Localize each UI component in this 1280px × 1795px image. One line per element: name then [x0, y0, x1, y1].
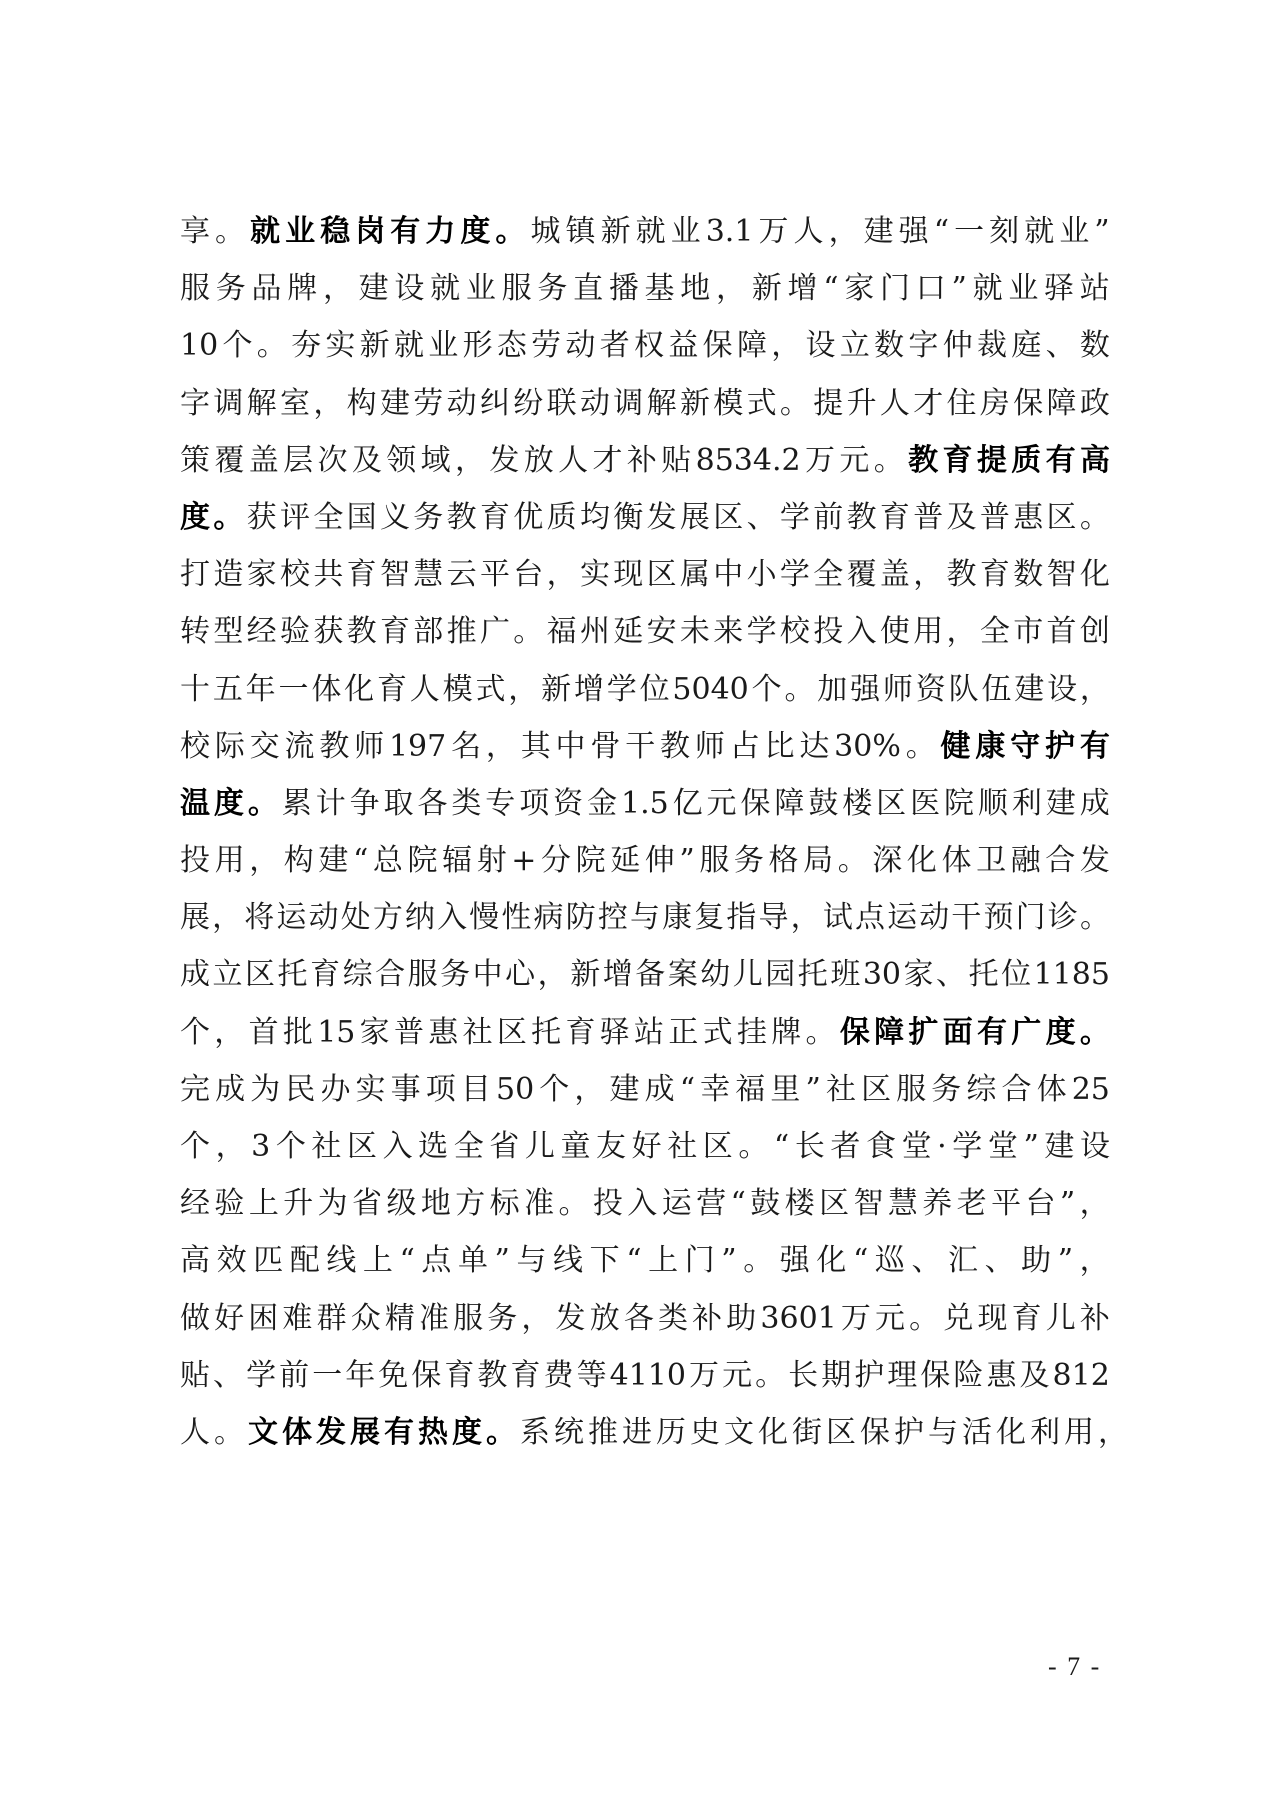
text-char: 级 [386, 1175, 416, 1232]
text-char: 其 [521, 718, 551, 775]
text-line: 做好困难群众精准服务，发放各类补助3601万元。兑现育儿补 [180, 1290, 1110, 1347]
text-char: 各 [417, 775, 447, 832]
text-char: 策 [180, 432, 210, 489]
text-char: 用 [1064, 1404, 1094, 1461]
text-char: 延 [610, 832, 640, 889]
text-char: 。 [214, 1404, 244, 1461]
text-char: 州 [580, 603, 610, 660]
text-char: 案 [668, 946, 698, 1003]
text-char: 服 [180, 260, 210, 317]
text-char: 校 [180, 718, 210, 775]
text-char: 育 [377, 661, 407, 718]
text-char: 补 [1080, 1290, 1110, 1347]
text-char: 化 [907, 832, 937, 889]
text-char: ， [323, 260, 353, 317]
text-char: 安 [647, 603, 677, 660]
text-char: 楼 [785, 1175, 815, 1232]
text-char: 惠 [1013, 489, 1043, 546]
text-char: 建 [1044, 1118, 1074, 1175]
text-char: 务 [931, 1061, 961, 1118]
text-char: 立 [213, 946, 243, 1003]
text-char: 投 [813, 603, 843, 660]
text-char: 业 [466, 260, 496, 317]
text-char: 保 [920, 1347, 950, 1404]
text-char: 展 [180, 889, 210, 946]
text-char: 地 [421, 1175, 451, 1232]
text-char: 个 [180, 1118, 210, 1175]
section-heading-char: 高 [1080, 432, 1110, 489]
text-char: “ [934, 203, 949, 260]
text-char: 成 [215, 1061, 245, 1118]
text-char: 家 [844, 260, 874, 317]
text-char: 域 [421, 432, 451, 489]
text-char: 慧 [413, 546, 443, 603]
text-char: 总 [373, 832, 403, 889]
text-char: 师 [695, 718, 725, 775]
text-char: 造 [213, 546, 243, 603]
text-char: 省 [352, 1175, 382, 1232]
text-char: 新 [541, 661, 571, 718]
text-char: 街 [792, 1404, 822, 1461]
text-char: 辐 [442, 832, 472, 889]
text-char: 慧 [888, 1175, 918, 1232]
text-char: 众 [351, 1290, 381, 1347]
text-char: 长 [795, 1118, 825, 1175]
text-char: 区 [876, 775, 906, 832]
text-char: 民 [285, 1061, 315, 1118]
text-char: 康 [662, 889, 692, 946]
text-char: 立 [840, 317, 870, 374]
text-char: ” [1058, 1232, 1073, 1289]
text-char: 享 [180, 203, 210, 260]
text-char: 深 [872, 832, 902, 889]
text-char: 发 [647, 489, 677, 546]
text-char: 方 [455, 1175, 485, 1232]
text-char: 业 [1059, 203, 1089, 260]
text-char: 各 [624, 1290, 654, 1347]
text-char: 保 [411, 1347, 441, 1404]
text-char: 建 [864, 203, 894, 260]
text-char: 站 [1080, 260, 1110, 317]
text-char: ， [574, 1061, 604, 1118]
text-char: 强 [850, 661, 880, 718]
text-line: 服务品牌，建设就业服务直播基地，新增“家门口”就业驿站 [180, 260, 1110, 317]
text-char: 10 [180, 317, 218, 374]
text-char: 服 [502, 260, 532, 317]
text-char: ， [508, 661, 538, 718]
text-char: 及 [1019, 1347, 1049, 1404]
text-char: 建 [359, 260, 389, 317]
text-char: ， [1080, 1175, 1110, 1232]
text-char: ， [829, 203, 859, 260]
text-char: 资 [553, 775, 583, 832]
text-line: 个，3个社区入选全省儿童友好社区。“长者食堂·学堂”建设 [180, 1118, 1110, 1175]
text-char: 运 [662, 1175, 692, 1232]
section-heading-char: 就 [250, 203, 280, 260]
text-char: 儿 [733, 946, 763, 1003]
section-heading-char: 面 [943, 1004, 973, 1061]
text-char: 中 [473, 946, 503, 1003]
text-char: 数 [1013, 546, 1043, 603]
text-char: 城 [530, 203, 560, 260]
text-char: 防 [566, 889, 596, 946]
text-char: 创 [1080, 603, 1110, 660]
section-heading-char: 。 [213, 489, 243, 546]
text-char: 护 [894, 1404, 924, 1461]
text-char: 高 [180, 1232, 210, 1289]
text-char: 补 [692, 1290, 722, 1347]
text-char: 及 [352, 432, 382, 489]
text-char: 服 [453, 1290, 483, 1347]
text-char: 险 [953, 1347, 983, 1404]
text-char: 普 [980, 489, 1010, 546]
text-char: 经 [247, 603, 277, 660]
text-char: 五 [213, 661, 243, 718]
text-line: 展，将运动处方纳入慢性病防控与康复指导，试点运动干预门诊。 [180, 889, 1110, 946]
text-char: 教 [477, 1347, 507, 1404]
text-char: 争 [350, 775, 380, 832]
text-char: 直 [573, 260, 603, 317]
text-char: 住 [947, 375, 977, 432]
text-char: 人 [794, 203, 824, 260]
text-char: 。 [874, 432, 904, 489]
text-char: 万 [689, 1347, 719, 1404]
text-char: 联 [547, 375, 577, 432]
section-heading-char: 扩 [908, 1004, 938, 1061]
text-char: 建 [380, 375, 410, 432]
text-char: ” [806, 1061, 821, 1118]
text-char: 与 [516, 1232, 546, 1289]
text-char: 历 [656, 1404, 686, 1461]
text-char: 进 [622, 1404, 652, 1461]
text-char: 前 [813, 489, 843, 546]
text-char: 综 [343, 946, 373, 1003]
text-char: 设 [394, 260, 424, 317]
section-heading-char: 度 [1046, 1004, 1076, 1061]
text-char: 设 [1080, 1118, 1110, 1175]
text-char: 权 [634, 317, 664, 374]
text-char: 建 [318, 832, 348, 889]
text-char: 区 [647, 546, 677, 603]
text-char: 选 [418, 1118, 448, 1175]
text-char: 。 [838, 832, 868, 889]
text-char: 式 [747, 375, 777, 432]
text-char: 学 [607, 661, 637, 718]
text-char: 幼 [700, 946, 730, 1003]
text-char: 人 [880, 375, 910, 432]
text-char: 义 [380, 489, 410, 546]
text-char: 群 [317, 1290, 347, 1347]
text-char: 领 [386, 432, 416, 489]
text-char: 强 [899, 203, 929, 260]
text-char: 就 [636, 203, 666, 260]
text-char: ， [913, 546, 943, 603]
text-char: 、 [911, 1232, 941, 1289]
text-char: 为 [318, 1175, 348, 1232]
text-char: 体 [1037, 1061, 1067, 1118]
section-heading-char: 广 [1011, 1004, 1041, 1061]
text-char: 上 [363, 1232, 393, 1289]
text-char: 推 [588, 1404, 618, 1461]
text-char: 入 [437, 889, 467, 946]
text-char: 社 [826, 1061, 856, 1118]
text-char: 社 [463, 1004, 493, 1061]
text-char: 。 [1080, 889, 1110, 946]
text-char: 人 [558, 432, 588, 489]
text-char: “ [399, 1232, 414, 1289]
text-char: ， [313, 375, 343, 432]
text-char: 活 [962, 1404, 992, 1461]
text-char: 评 [280, 489, 310, 546]
text-char: 挂 [737, 1004, 767, 1061]
text-char: 贴 [661, 432, 691, 489]
text-char: 型 [213, 603, 243, 660]
text-char: 实 [580, 546, 610, 603]
section-heading-char: 提 [977, 432, 1007, 489]
text-char: 元 [722, 1347, 752, 1404]
text-char: 纳 [405, 889, 435, 946]
text-line: 完成为民办实事项目50个，建成“幸福里”社区服务综合体25 [180, 1061, 1110, 1118]
text-char: 育 [880, 489, 910, 546]
text-char: 来 [713, 603, 743, 660]
text-char: 。 [1080, 489, 1110, 546]
text-char: 统 [554, 1404, 584, 1461]
text-char: 才 [593, 432, 623, 489]
text-char: 位 [640, 661, 670, 718]
text-char: 设 [806, 317, 836, 374]
text-char: 入 [383, 1118, 413, 1175]
text-char: 合 [1002, 1061, 1032, 1118]
text-char: 育 [1012, 1290, 1042, 1347]
text-char: 慢 [469, 889, 499, 946]
text-char: 育 [980, 546, 1010, 603]
text-char: 汇 [948, 1232, 978, 1289]
text-char: 化 [758, 1404, 788, 1461]
text-char: 镇 [566, 203, 596, 260]
text-char: 入 [847, 603, 877, 660]
text-char: 史 [690, 1404, 720, 1461]
text-char: 匹 [253, 1232, 283, 1289]
text-char: 全 [313, 489, 343, 546]
text-char: 儿 [1046, 1290, 1076, 1347]
text-char: 交 [250, 718, 280, 775]
text-char: ， [716, 260, 746, 317]
text-char: 区 [861, 1061, 891, 1118]
text-line: 校际交流教师197名，其中骨干教师占比达30%。健康守护有 [180, 718, 1110, 775]
text-char: 利 [1030, 1404, 1060, 1461]
text-char: 人 [410, 661, 440, 718]
section-heading-char: 稳 [320, 203, 350, 260]
text-char: 配 [290, 1232, 320, 1289]
text-char: 目 [461, 1061, 491, 1118]
text-char: 调 [613, 375, 643, 432]
text-char: 堂 [902, 1118, 932, 1175]
text-char: 期 [821, 1347, 851, 1404]
text-char: 心 [505, 946, 535, 1003]
text-char: 衡 [613, 489, 643, 546]
text-char: 与 [928, 1404, 958, 1461]
text-char: 3601 [760, 1290, 836, 1347]
text-char: 强 [780, 1232, 810, 1289]
text-char: 小 [747, 546, 777, 603]
text-char: 局 [803, 832, 833, 889]
text-char: 务 [440, 946, 470, 1003]
text-char: 诊 [1048, 889, 1078, 946]
section-heading-char: 度 [460, 203, 490, 260]
text-char: 197 [389, 718, 446, 775]
text-char: 覆 [847, 546, 877, 603]
text-char: 务 [216, 260, 246, 317]
text-char: 托 [969, 946, 999, 1003]
text-char: 均 [580, 489, 610, 546]
text-char: 投 [593, 1175, 623, 1232]
text-line: 享。就业稳岗有力度。城镇新就业3.1万人，建强“一刻就业” [180, 203, 1110, 260]
text-char: ” [1060, 1175, 1075, 1232]
text-char: 准 [524, 1175, 554, 1232]
text-char: ” [1094, 203, 1109, 260]
text-char: ， [249, 832, 279, 889]
text-char: 裁 [977, 317, 1007, 374]
text-char: 试 [823, 889, 853, 946]
text-char: 8534.2 [696, 432, 801, 489]
text-char: 类 [658, 1290, 688, 1347]
text-char: 务 [487, 1290, 517, 1347]
text-char: 3.1 [706, 203, 754, 260]
text-char: 运 [276, 889, 306, 946]
text-line: 人。文体发展有热度。系统推进历史文化街区保护与活化利用， [180, 1404, 1110, 1461]
text-char: 。 [215, 203, 245, 260]
text-char: 务 [537, 260, 567, 317]
text-char: 用 [913, 603, 943, 660]
text-char: 入 [627, 1175, 657, 1232]
text-char: 政 [1080, 375, 1110, 432]
text-char: 际 [215, 718, 245, 775]
text-char: 保 [860, 1404, 890, 1461]
text-char: 校 [280, 546, 310, 603]
text-char: 层 [283, 432, 313, 489]
text-char: 老 [957, 1175, 987, 1232]
text-char: 金 [587, 775, 617, 832]
text-char: 万 [758, 203, 788, 260]
text-char: 干 [625, 718, 655, 775]
text-char: 一 [278, 661, 308, 718]
text-char: 发 [489, 432, 519, 489]
text-char: 现 [613, 546, 643, 603]
text-char: 就 [1024, 203, 1054, 260]
text-char: 益 [668, 317, 698, 374]
text-char: 儿 [525, 1118, 555, 1175]
text-char: 项 [519, 775, 549, 832]
text-char: 升 [283, 1175, 313, 1232]
text-char: 保 [740, 775, 770, 832]
text-char: 累 [282, 775, 312, 832]
text-char: 家 [360, 1004, 390, 1061]
text-char: 格 [769, 832, 799, 889]
text-char: 业 [671, 203, 701, 260]
text-char: 未 [680, 603, 710, 660]
text-char: 转 [180, 603, 210, 660]
text-char: 才 [913, 375, 943, 432]
text-char: 纷 [513, 375, 543, 432]
text-char: 区 [819, 1175, 849, 1232]
text-char: 设 [1047, 661, 1077, 718]
text-char: 家 [247, 546, 277, 603]
text-char: 困 [248, 1290, 278, 1347]
text-char: · [937, 1118, 947, 1175]
text-char: 次 [318, 432, 348, 489]
text-char: “ [823, 260, 838, 317]
text-char: 基 [645, 260, 675, 317]
text-char: 教 [347, 603, 377, 660]
text-char: 达 [799, 718, 829, 775]
text-char: 名 [451, 718, 481, 775]
text-char: 动 [309, 889, 339, 946]
text-char: 堂 [988, 1118, 1018, 1175]
text-char: 处 [341, 889, 371, 946]
text-char: 智 [380, 546, 410, 603]
text-char: 、 [936, 946, 966, 1003]
text-char: 指 [726, 889, 756, 946]
text-char: 好 [214, 1290, 244, 1347]
text-char: 门 [685, 1232, 715, 1289]
text-char: 队 [949, 661, 979, 718]
text-char: 解 [647, 375, 677, 432]
text-line: 成立区托育综合服务中心，新增备案幼儿园托班30家、托位1185 [180, 946, 1110, 1003]
text-char: 中 [713, 546, 743, 603]
text-char: 用 [215, 832, 245, 889]
text-line: 投用，构建“总院辐射+分院延伸”服务格局。深化体卫融合发 [180, 832, 1110, 889]
section-heading-char: 康 [975, 718, 1005, 775]
text-char: 夯 [291, 317, 321, 374]
text-char: 成 [645, 1061, 675, 1118]
text-char: 获 [247, 489, 277, 546]
text-char: 家 [904, 946, 934, 1003]
text-char: ” [1023, 1118, 1038, 1175]
text-char: 障 [774, 775, 804, 832]
text-char: 经 [180, 1175, 210, 1232]
text-char: 建 [1014, 661, 1044, 718]
text-char: 台 [1026, 1175, 1056, 1232]
section-heading-char: 。 [495, 203, 525, 260]
text-char: 成 [1080, 775, 1110, 832]
text-char: 共 [313, 546, 343, 603]
section-heading-char: 质 [1011, 432, 1041, 489]
text-char: 班 [830, 946, 860, 1003]
text-char: 兑 [943, 1290, 973, 1347]
text-char: 文 [724, 1404, 754, 1461]
text-line: 十五年一体化育人模式，新增学位5040个。加强师资队伍建设， [180, 661, 1110, 718]
text-char: 效 [217, 1232, 247, 1289]
text-char: 线 [553, 1232, 583, 1289]
text-char: “ [731, 1175, 746, 1232]
text-char: 建 [610, 1061, 640, 1118]
text-char: 化 [344, 661, 374, 718]
text-char: 数 [874, 317, 904, 374]
text-char: 放 [590, 1290, 620, 1347]
text-char: 。 [806, 1004, 836, 1061]
text-char: “ [680, 1061, 695, 1118]
text-char: 方 [373, 889, 403, 946]
text-char: 类 [451, 775, 481, 832]
text-char: 云 [447, 546, 477, 603]
section-heading-char: 展 [350, 1404, 380, 1461]
section-heading-char: 有 [977, 1004, 1007, 1061]
text-char: 师 [354, 718, 384, 775]
text-char: 正 [668, 1004, 698, 1061]
text-char: ， [212, 889, 242, 946]
text-char: 年 [345, 1347, 375, 1404]
text-char: 点 [855, 889, 885, 946]
